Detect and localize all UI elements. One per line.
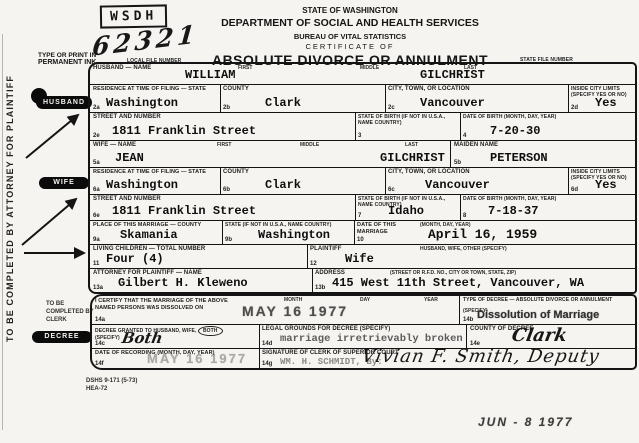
field-number: 13a <box>93 285 103 291</box>
field-number: 11 <box>93 261 99 267</box>
wife-residence-state-value: Washington <box>106 178 178 192</box>
wife-maiden-value: PETERSON <box>490 151 548 165</box>
granted-both-circled: BOTH <box>198 326 223 336</box>
divider <box>220 85 221 112</box>
year-label: YEAR <box>424 297 438 303</box>
wife-city-value: Vancouver <box>425 178 490 192</box>
middle-label: MIDDLE <box>300 142 319 148</box>
field-number: 3 <box>358 133 361 139</box>
husband-birth-date-value: 7-20-30 <box>490 124 540 138</box>
field-number: 2a <box>93 105 100 111</box>
state-line: STATE OF WASHINGTON <box>185 6 515 15</box>
wife-residence-row: RESIDENCE AT TIME OF FILING — STATE COUN… <box>90 168 635 195</box>
dissolved-date-stamp: MAY 16 1977 <box>242 303 348 319</box>
field-number: 6d <box>571 187 578 193</box>
field-number: 12 <box>310 261 317 267</box>
field-number: 14a <box>95 317 105 323</box>
address-value: 415 West 11th Street, Vancouver, WA <box>332 276 584 290</box>
city-label: CITY, TOWN, OR LOCATION <box>388 169 470 176</box>
divider <box>568 168 569 194</box>
recording-date-stamp: MAY 16 1977 <box>147 351 247 366</box>
marriage-state-value: Washington <box>258 228 330 242</box>
husband-arrow-icon <box>26 115 78 158</box>
marriage-row: PLACE OF THIS MARRIAGE — COUNTY STATE (I… <box>90 221 635 245</box>
divider <box>354 221 355 244</box>
first-label: FIRST <box>217 142 231 148</box>
husband-residence-state-value: Washington <box>106 96 178 110</box>
state-of-birth-label: STATE OF BIRTH (IF NOT IN U.S.A., NAME C… <box>358 114 456 126</box>
divider <box>222 221 223 244</box>
wife-inside-city-value: Yes <box>595 178 617 192</box>
clerk-section-note: TO BE COMPLETED BY CLERK <box>46 301 94 324</box>
field-number: 14b <box>463 317 473 323</box>
field-number: 9a <box>93 237 100 243</box>
date-of-birth-label: DATE OF BIRTH (MONTH, DAY, YEAR) <box>463 196 556 202</box>
wife-birth-date-value: 7-18-37 <box>488 204 538 218</box>
wife-street-value: 1811 Franklin Street <box>112 204 256 218</box>
pointer-arrows-icon <box>0 60 100 280</box>
decree-type-value: Dissolution of Marriage <box>477 309 599 321</box>
divider <box>460 113 461 140</box>
bureau-line: BUREAU OF VITAL STATISTICS <box>185 32 515 41</box>
husband-county-value: Clark <box>265 96 301 110</box>
wife-street-row: STREET AND NUMBER STATE OF BIRTH (IF NOT… <box>90 195 635 221</box>
wife-birth-state-value: Idaho <box>388 204 424 218</box>
field-number: 2c <box>388 105 395 111</box>
county-label: COUNTY <box>223 169 249 176</box>
recording-row: DATE OF RECORDING (MONTH, DAY, YEAR) 14f… <box>92 349 635 368</box>
wife-name-label: WIFE — NAME <box>93 142 136 149</box>
field-number: 14f <box>95 361 104 367</box>
field-number: 6b <box>223 187 230 193</box>
certify-row: I CERTIFY THAT THE MARRIAGE OF THE ABOVE… <box>92 296 635 325</box>
attorney-row: ATTORNEY FOR PLAINTIFF — NAME ADDRESS (S… <box>90 269 635 292</box>
field-number: 14c <box>95 341 105 347</box>
form-code-2: HEA-72 <box>86 385 137 393</box>
divider <box>259 349 260 368</box>
maiden-name-label: MAIDEN NAME <box>454 142 498 149</box>
field-number: 4 <box>463 133 466 139</box>
marriage-county-value: Skamania <box>120 228 178 242</box>
divider <box>385 168 386 194</box>
form-codes: DSHS 9-171 (5-73) HEA-72 <box>86 377 137 394</box>
children-plaintiff-row: LIVING CHILDREN — TOTAL NUMBER PLAINTIFF… <box>90 245 635 269</box>
wife-last-value: GILCHRIST <box>380 151 445 165</box>
field-number: 7 <box>358 213 361 219</box>
plaintiff-value: Wife <box>345 252 374 266</box>
field-number: 6a <box>93 187 100 193</box>
certificate-scan: WSDH 62321 LOCAL FILE NUMBER STATE FILE … <box>0 0 639 443</box>
middle-label: MIDDLE <box>360 65 379 71</box>
form-code: DSHS 9-171 (5-73) <box>86 377 137 385</box>
divider <box>259 325 260 348</box>
certificate-of-line: CERTIFICATE OF <box>185 42 515 51</box>
marriage-date-label: DATE OF THIS MARRIAGE <box>357 222 399 235</box>
residence-label: RESIDENCE AT TIME OF FILING — STATE <box>93 86 206 93</box>
field-number: 6c <box>388 187 395 193</box>
day-label: DAY <box>360 297 370 303</box>
divider <box>568 85 569 112</box>
residence-label: RESIDENCE AT TIME OF FILING — STATE <box>93 169 206 176</box>
field-number: 2b <box>223 105 230 111</box>
divider <box>307 245 308 268</box>
first-label: FIRST <box>238 65 252 71</box>
field-number: 13b <box>315 285 325 291</box>
divider <box>459 296 460 324</box>
husband-residence-row: RESIDENCE AT TIME OF FILING — STATE COUN… <box>90 85 635 113</box>
last-label: LAST <box>405 142 418 148</box>
field-number: 5b <box>454 160 461 166</box>
field-number: 14d <box>262 341 272 347</box>
husband-name-label: HUSBAND — NAME <box>93 65 151 72</box>
divider <box>460 195 461 220</box>
grounds-value: marriage irretrievably broken <box>280 333 463 345</box>
field-number: 14g <box>262 361 272 367</box>
street-label: STREET AND NUMBER <box>93 196 161 203</box>
husband-street-value: 1811 Franklin Street <box>112 124 256 138</box>
field-number: 6e <box>93 213 100 219</box>
husband-name-row: HUSBAND — NAME FIRST MIDDLE LAST WILLIAM… <box>90 64 635 85</box>
date-of-birth-label: DATE OF BIRTH (MONTH, DAY, YEAR) <box>463 114 556 120</box>
divider <box>466 325 467 348</box>
wife-first-value: JEAN <box>115 151 144 165</box>
type-of-decree-label: TYPE OF DECREE — ABSOLUTE DIVORCE OR ANN… <box>463 297 631 303</box>
husband-street-row: STREET AND NUMBER STATE OF BIRTH (IF NOT… <box>90 113 635 141</box>
street-label: STREET AND NUMBER <box>93 114 161 121</box>
husband-first-value: WILLIAM <box>185 68 235 82</box>
husband-inside-city-value: Yes <box>595 96 617 110</box>
children-value: Four (4) <box>106 252 164 266</box>
field-number: 8 <box>463 213 466 219</box>
divider <box>355 195 356 220</box>
attorney-section: HUSBAND — NAME FIRST MIDDLE LAST WILLIAM… <box>88 62 637 294</box>
husband-city-value: Vancouver <box>420 96 485 110</box>
plaintiff-label: PLAINTIFF <box>310 246 342 253</box>
department-line: DEPARTMENT OF SOCIAL AND HEALTH SERVICES <box>185 17 515 29</box>
granted-handwritten-value: Both <box>120 329 164 347</box>
plaintiff-specify-label: HUSBAND, WIFE, OTHER (SPECIFY) <box>420 246 507 252</box>
field-number: 9b <box>225 237 232 243</box>
attorney-value: Gilbert H. Kleweno <box>118 276 248 290</box>
field-number: 10 <box>357 237 364 243</box>
wife-arrow-icon <box>22 199 76 245</box>
wife-county-value: Clark <box>265 178 301 192</box>
husband-last-value: GILCHRIST <box>420 68 485 82</box>
form-header: STATE OF WASHINGTON DEPARTMENT OF SOCIAL… <box>185 6 515 68</box>
received-date-stamp: JUN - 8 1977 <box>478 415 573 429</box>
field-number: 2e <box>93 133 100 139</box>
city-label: CITY, TOWN, OR LOCATION <box>388 86 470 93</box>
divider <box>312 269 313 292</box>
clerk-signature-handwritten: Vivian F. Smith, Deputy <box>360 346 601 367</box>
certify-label: I CERTIFY THAT THE MARRIAGE OF THE ABOVE… <box>95 298 235 311</box>
divider <box>355 113 356 140</box>
marriage-date-value: April 16, 1959 <box>428 227 537 242</box>
ink-note-line1: TYPE OR PRINT IN <box>38 52 96 59</box>
field-number: 5a <box>93 160 100 166</box>
divider <box>220 168 221 194</box>
wife-name-row: WIFE — NAME FIRST MIDDLE LAST MAIDEN NAM… <box>90 141 635 168</box>
decree-county-handwritten-value: Clark <box>510 325 568 346</box>
decree-section: I CERTIFY THAT THE MARRIAGE OF THE ABOVE… <box>90 294 637 370</box>
decree-tab: DECREE <box>32 331 92 343</box>
county-label: COUNTY <box>223 86 249 93</box>
divider <box>450 141 451 167</box>
field-number: 2d <box>571 105 578 111</box>
divider <box>385 85 386 112</box>
